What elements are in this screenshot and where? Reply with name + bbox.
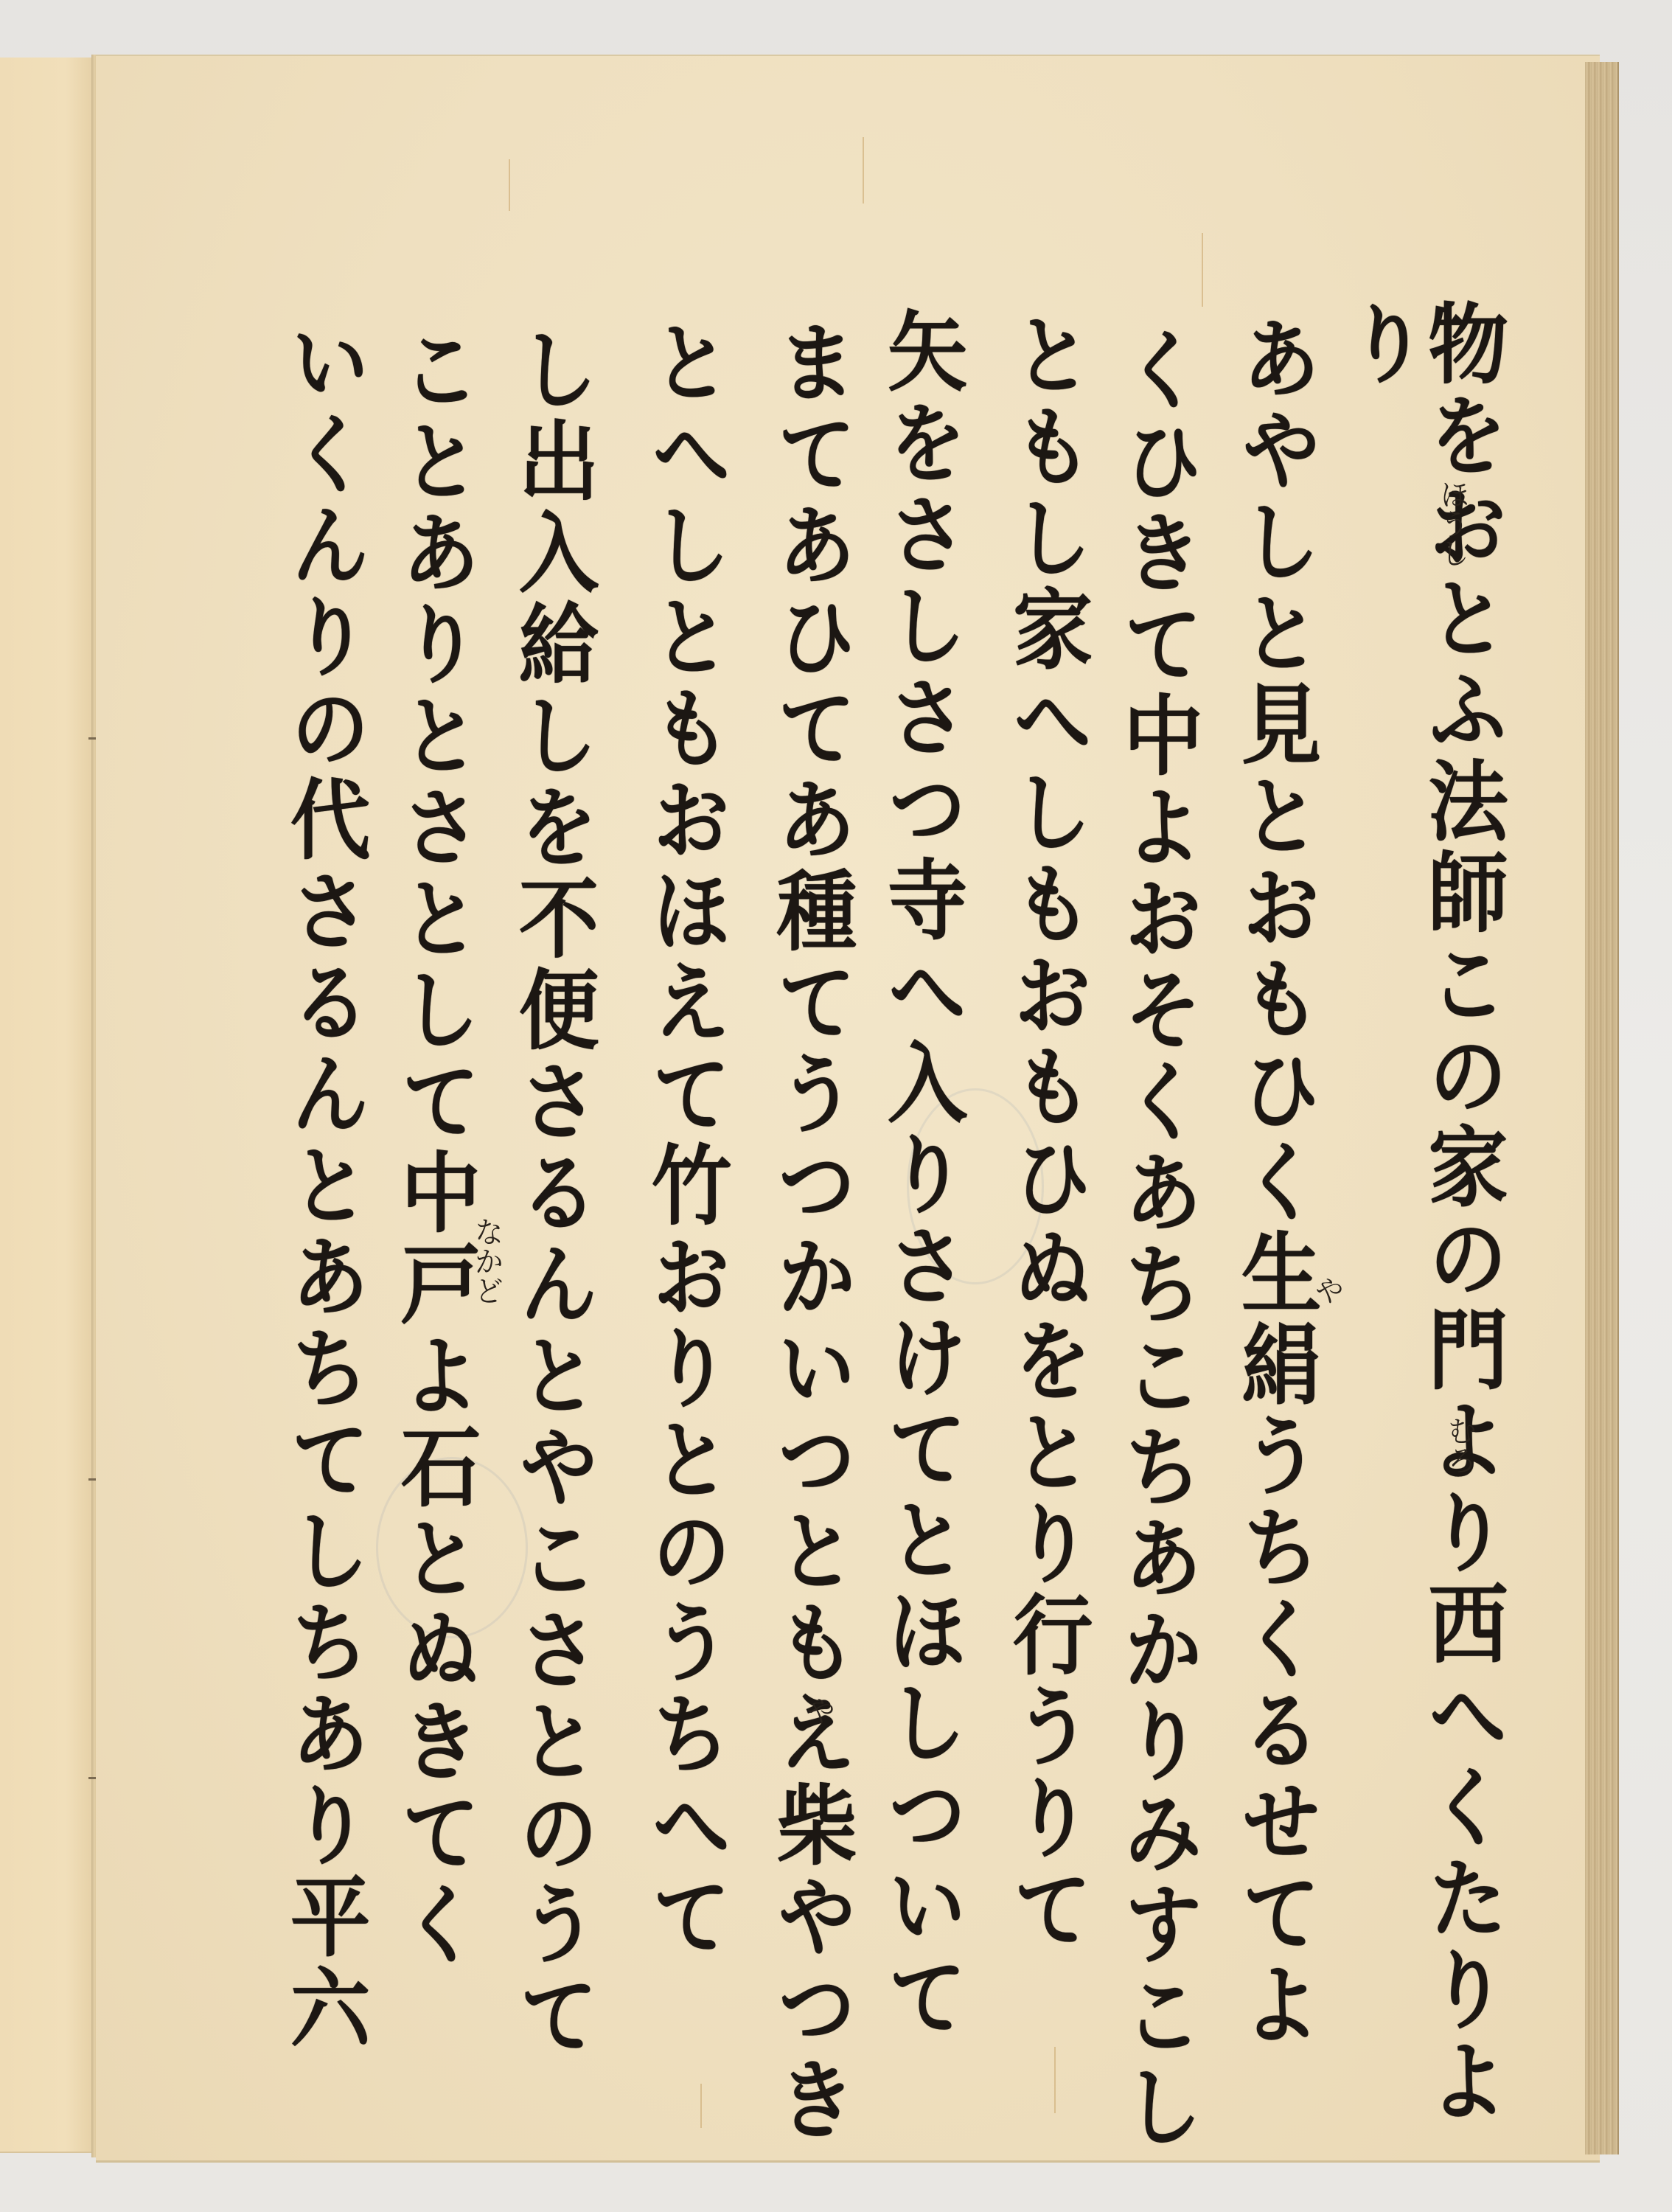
- page-edges-stack: [1585, 62, 1619, 2154]
- paper-fiber: [1054, 2047, 1056, 2113]
- text-column-1: 物をおとふ法師この家の門より西へくたりより: [1341, 299, 1501, 2212]
- paper-fiber: [700, 2084, 702, 2128]
- paper-fiber: [509, 159, 510, 211]
- furigana-gloss: や: [804, 1696, 833, 1725]
- text-column-6: まてあひてあ種てうつかいつともえ柴やつき: [770, 317, 851, 2146]
- text-column-4: ともし家へしもおもひぬをとり行うりて: [1006, 310, 1087, 1955]
- text-column-5: 矢をさしさつ寺へ入りさけてとほしついて: [881, 306, 961, 2043]
- furigana-gloss: や: [1312, 1276, 1342, 1305]
- furigana-gloss: むろ: [1445, 1416, 1474, 1475]
- text-column-8: し出入給しを不便さるんとやこさとのうて: [512, 324, 593, 2062]
- paper-fiber: [1202, 233, 1203, 307]
- text-column-10: いくんりの代さるんとあちてしちあり平六: [284, 317, 364, 2054]
- text-column-2: あやしと見とおもひく生絹うちくるせてよ: [1235, 313, 1315, 2051]
- text-column-9: ことありとさとして中戸よ石とぬきてく: [394, 324, 475, 1970]
- furigana-gloss: なかど: [472, 1217, 501, 1305]
- facing-page-left: [0, 58, 94, 2153]
- furigana-gloss: ほうし: [1438, 479, 1467, 568]
- text-column-7: とへしともおほえて竹おりとのうちへて: [645, 317, 725, 1963]
- paper-fiber: [863, 137, 864, 204]
- text-column-3: くひきて中よおそくあちこちあかりみすこし: [1117, 324, 1197, 2153]
